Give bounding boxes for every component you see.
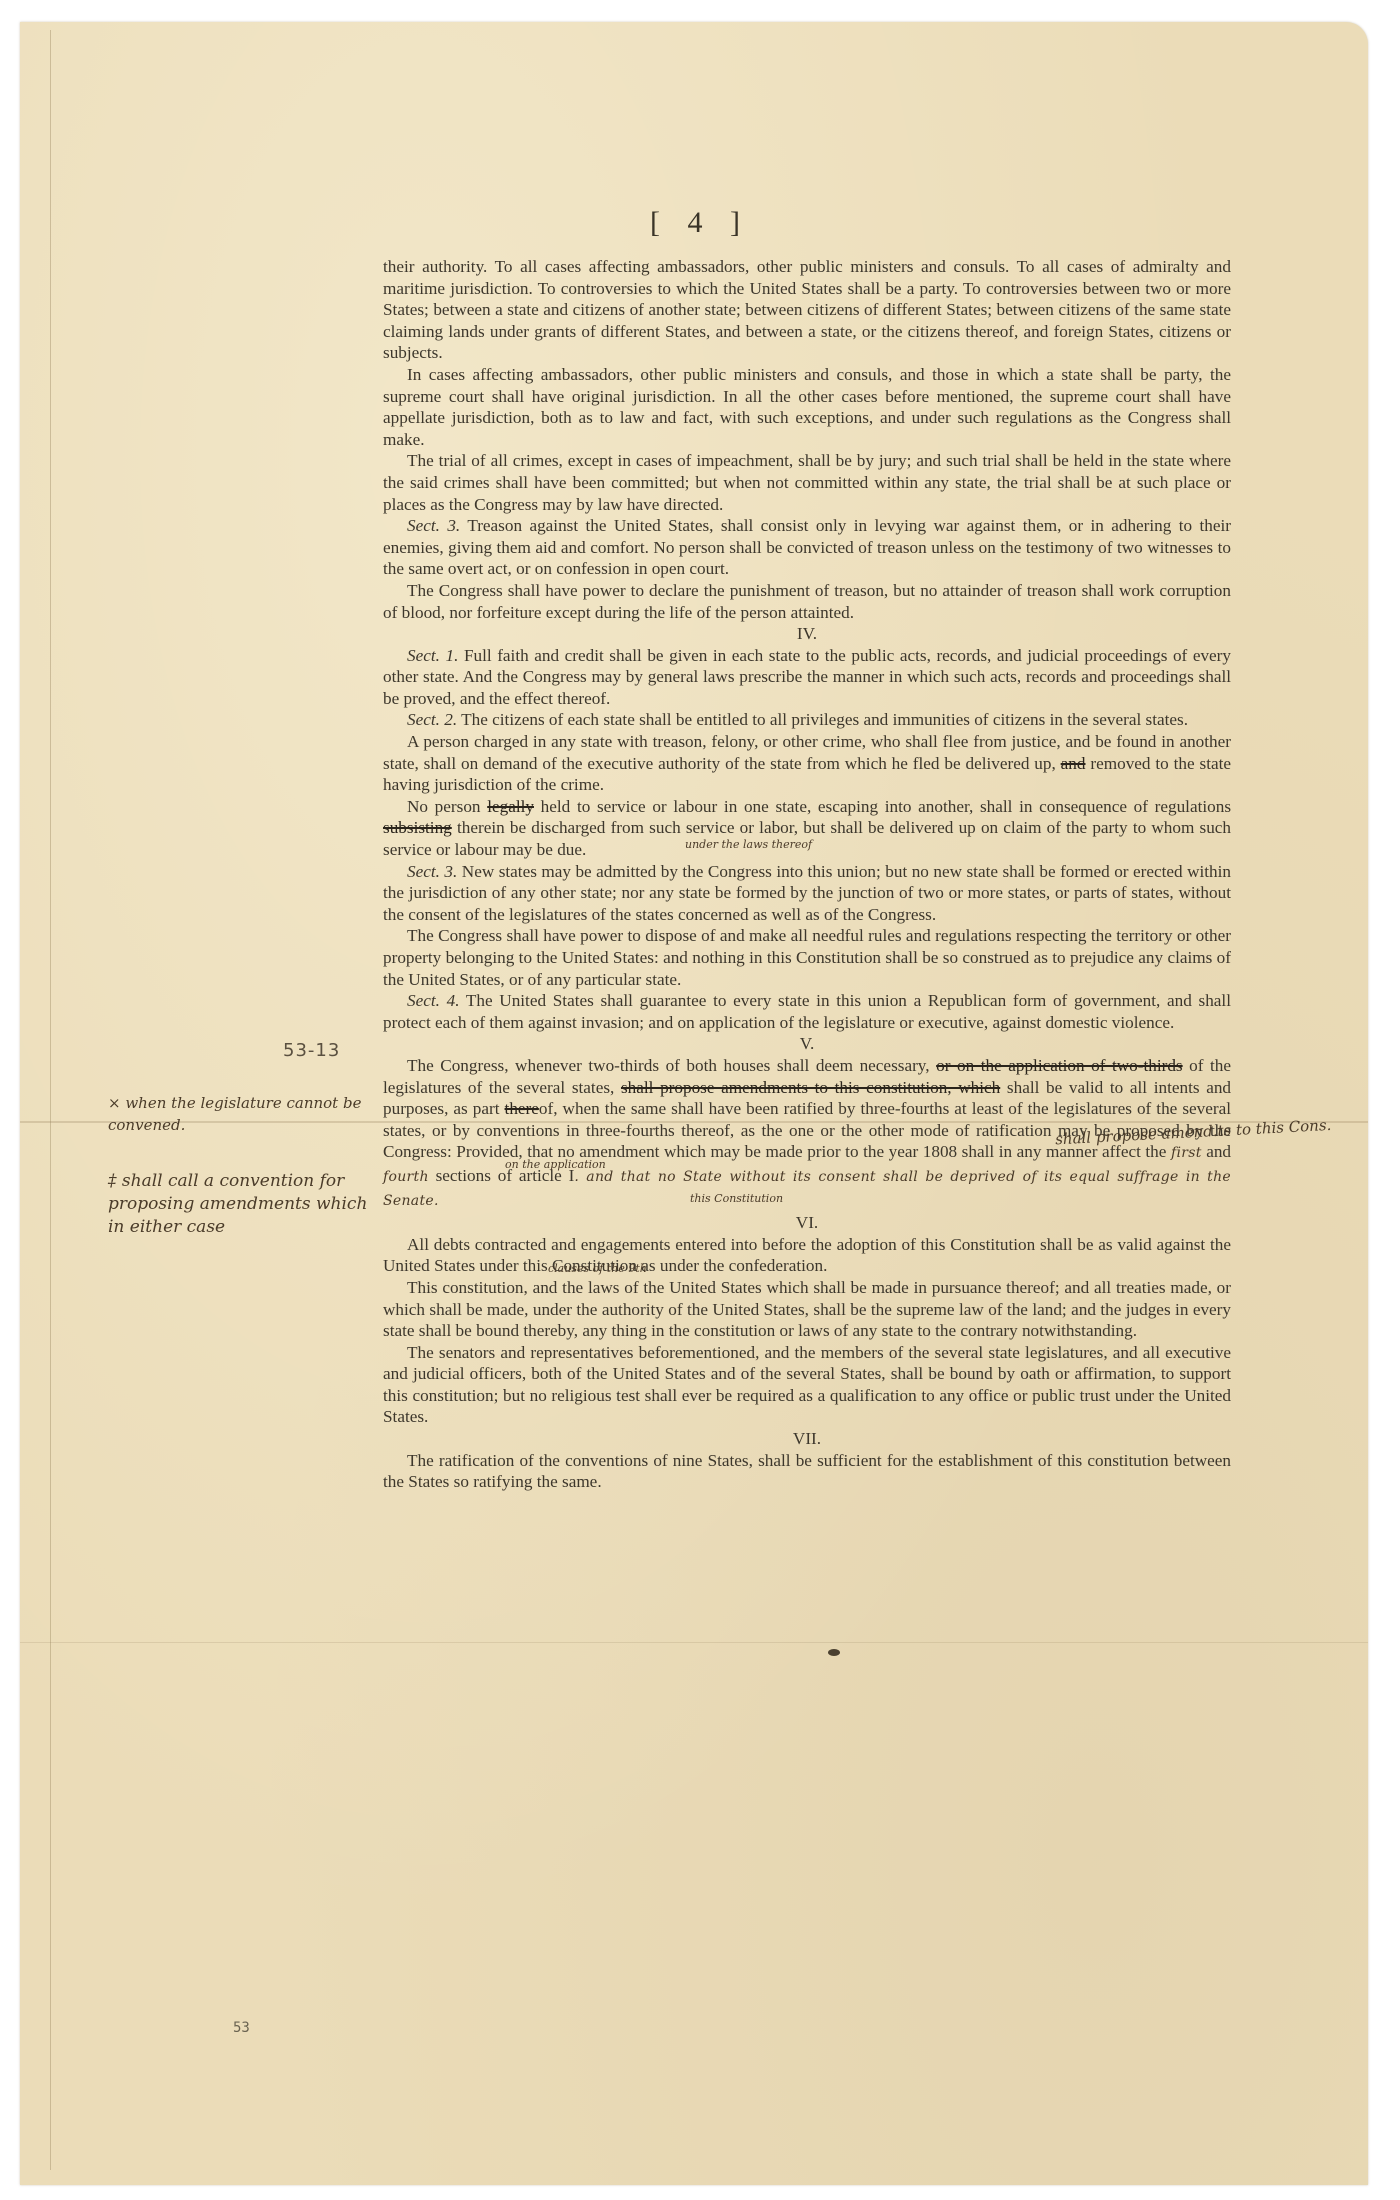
article-heading-vi: VI. <box>383 1212 1231 1234</box>
handwritten-insertion: first <box>1171 1145 1202 1161</box>
article-heading-v: V. <box>383 1033 1231 1055</box>
paragraph-text: The Congress, whenever two-thirds of bot… <box>407 1056 930 1075</box>
section-label: Sect. 4. <box>407 991 460 1010</box>
article-heading-iv: IV. <box>383 623 1231 645</box>
page-number-header: [ 4 ] <box>0 206 1400 240</box>
section-label: Sect. 3. <box>407 862 457 881</box>
interlineation-constitution: this Constitution <box>690 1192 783 1205</box>
paragraph-territory: The Congress shall have power to dispose… <box>383 925 1231 990</box>
paragraph-privileges: Sect. 2. The citizens of each state shal… <box>383 709 1231 731</box>
struck-text: shall propose amendments to this constit… <box>621 1078 1000 1097</box>
paragraph-text: and <box>1206 1142 1231 1161</box>
text-column: their authority. To all cases affecting … <box>383 256 1231 1493</box>
margin-note-legislature: × when the legislature cannot be convene… <box>108 1092 378 1136</box>
paragraph-treason: Sect. 3. Treason against the United Stat… <box>383 515 1231 580</box>
article-heading-vii: VII. <box>383 1428 1231 1450</box>
interlineation-laws-thereof: under the laws thereof <box>685 838 812 851</box>
paragraph-text: Full faith and credit shall be given in … <box>383 646 1231 708</box>
struck-text: or on the application of two-thirds <box>936 1056 1183 1075</box>
paragraph-debts: All debts contracted and engagements ent… <box>383 1234 1231 1277</box>
section-label: Sect. 3. <box>407 516 460 535</box>
paragraph-text: Treason against the United States, shall… <box>383 516 1231 578</box>
paper-crease-lower <box>20 1642 1368 1643</box>
margin-note-convention: ‡ shall call a convention for proposing … <box>108 1170 378 1239</box>
paragraph-text: held to service or labour in one state, … <box>541 797 1231 816</box>
fold-line <box>50 30 51 2170</box>
section-label: Sect. 2. <box>407 710 457 729</box>
paragraph-text: The United States shall guarantee to eve… <box>383 991 1231 1032</box>
paragraph-full-faith: Sect. 1. Full faith and credit shall be … <box>383 645 1231 710</box>
struck-text: and <box>1061 754 1086 773</box>
section-label: Sect. 1. <box>407 646 458 665</box>
struck-text: legally <box>487 797 534 816</box>
paragraph-text: The citizens of each state shall be enti… <box>461 710 1188 729</box>
struck-text: there <box>505 1099 539 1118</box>
paragraph-extradition: A person charged in any state with treas… <box>383 731 1231 796</box>
paragraph-trial-by-jury: The trial of all crimes, except in cases… <box>383 450 1231 515</box>
paragraph-text: No person <box>407 797 481 816</box>
struck-text: subsisting <box>383 818 452 837</box>
folio-number: 53 <box>233 2020 250 2036</box>
paragraph-republican-guarantee: Sect. 4. The United States shall guarant… <box>383 990 1231 1033</box>
interlineation-clauses: clauses of the 9th <box>548 1262 647 1275</box>
paragraph-jurisdiction: their authority. To all cases affecting … <box>383 256 1231 364</box>
paragraph-supremacy: This constitution, and the laws of the U… <box>383 1277 1231 1342</box>
ink-blot <box>828 1649 840 1656</box>
catalog-mark: 53-13 <box>283 1040 340 1061</box>
paragraph-new-states: Sect. 3. New states may be admitted by t… <box>383 861 1231 926</box>
paragraph-treason-punishment: The Congress shall have power to declare… <box>383 580 1231 623</box>
interlineation-application: on the application <box>505 1158 606 1171</box>
paragraph-original-jurisdiction: In cases affecting ambassadors, other pu… <box>383 364 1231 450</box>
paragraph-text: New states may be admitted by the Congre… <box>383 862 1231 924</box>
paragraph-ratification: The ratification of the conventions of n… <box>383 1450 1231 1493</box>
handwritten-insertion: fourth <box>383 1169 429 1185</box>
paragraph-oaths: The senators and representatives beforem… <box>383 1342 1231 1428</box>
